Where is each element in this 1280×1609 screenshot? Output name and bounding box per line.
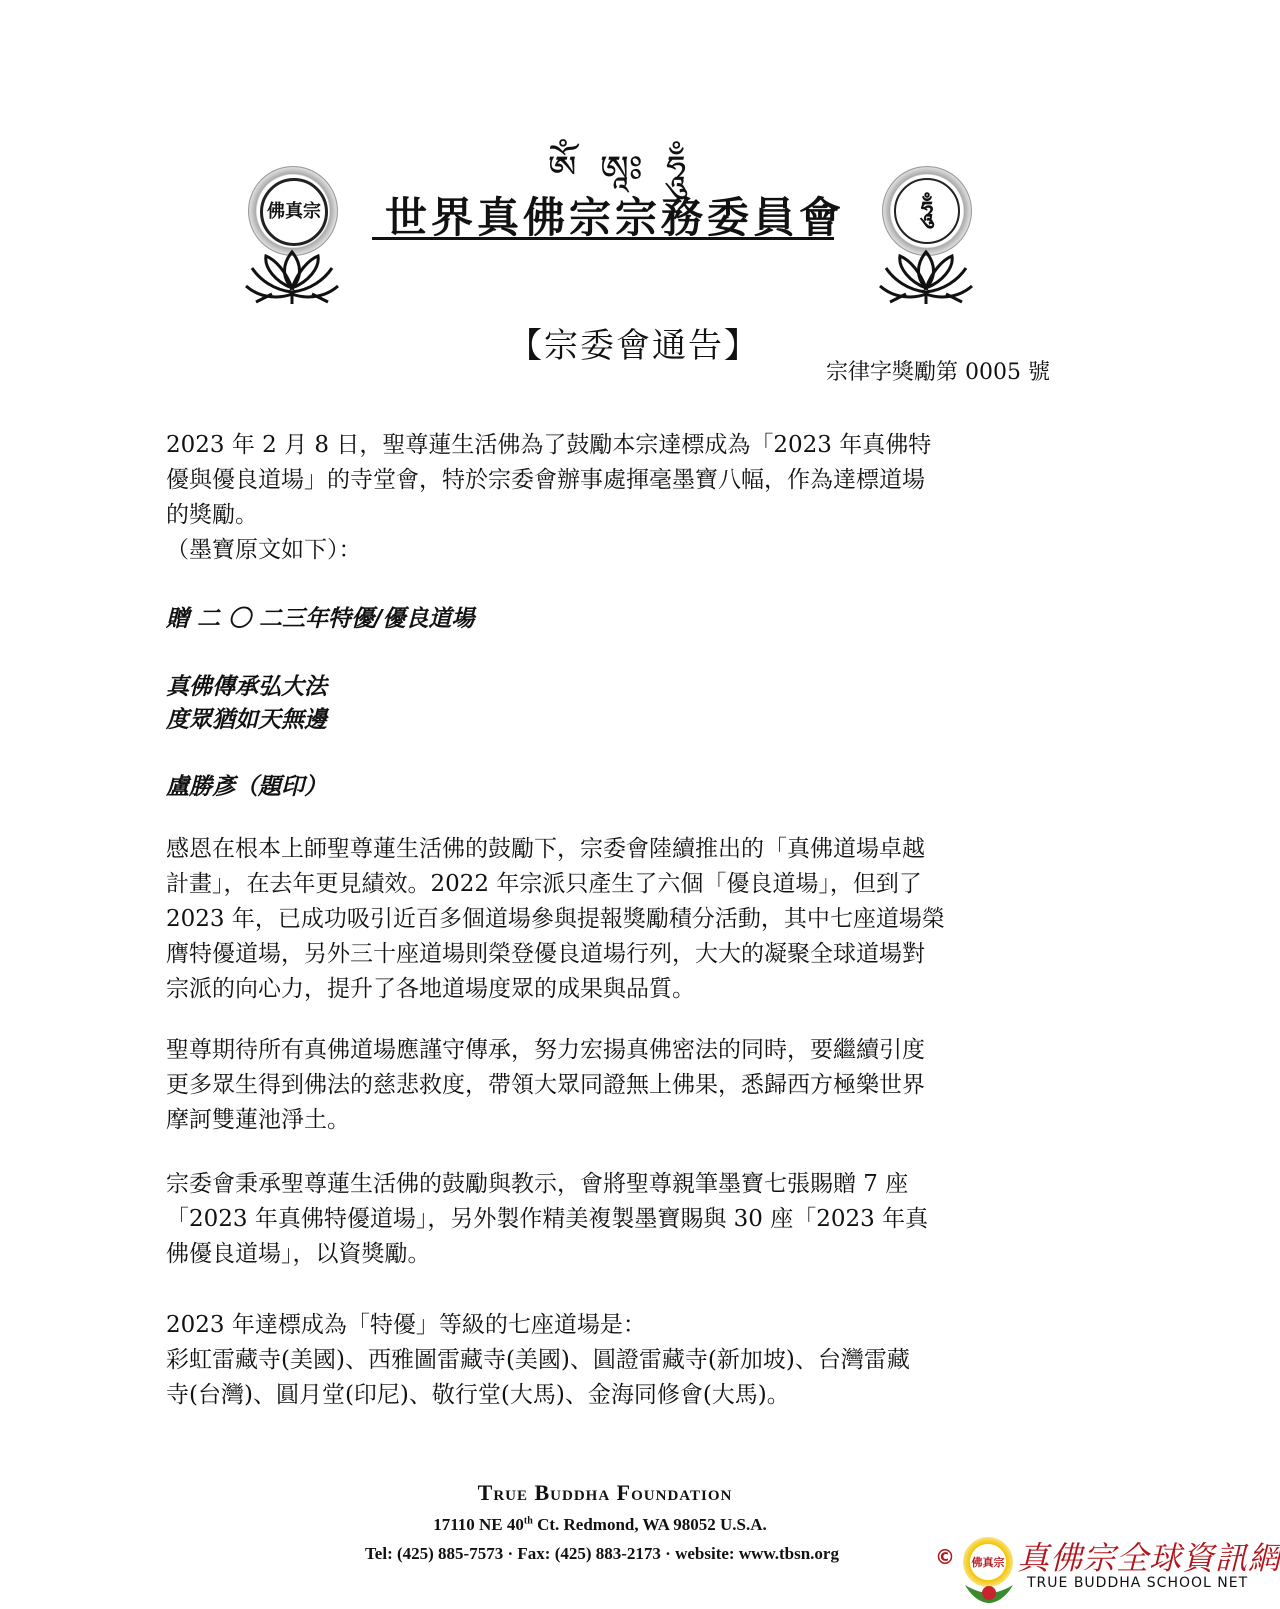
paragraph-temple-list: 2023 年達標成為「特優」等級的七座道場是： 彩虹雷藏寺(美國)、西雅圖雷藏寺… <box>166 1308 1076 1413</box>
emblem-seed-syllable: ཧཱུྃ <box>894 178 960 244</box>
foundation-name: True Buddha Foundation <box>440 1480 770 1506</box>
tbsn-chinese-name: 真佛宗全球資訊網 <box>1017 1533 1280 1579</box>
text-line: 2023 年，已成功吸引近百多個道場參與提報獎勵積分活動，其中七座道場榮 <box>166 902 1076 937</box>
tbsn-watermark: © 佛真宗 真佛宗全球資訊網 TRUE BUDDHA SCHOOL NET <box>935 1535 1280 1609</box>
text-line: 聖尊期待所有真佛道場應謹守傳承，努力宏揚真佛密法的同時，要繼續引度 <box>166 1033 1076 1068</box>
text-line: 寺(台灣)、圓月堂(印尼)、敬行堂(大馬)、金海同修會(大馬)。 <box>166 1378 1076 1413</box>
text-line: 計畫」，在去年更見績效。2022 年宗派只產生了六個「優良道場」，但到了 <box>166 867 1076 902</box>
calligraphy-verse-1: 真佛傳承弘大法 <box>166 670 1076 705</box>
text-line: 「2023 年真佛特優道場」，另外製作精美複製墨寶賜與 30 座「2023 年真 <box>166 1202 1076 1237</box>
title-underline <box>372 237 834 240</box>
text-line: 感恩在根本上師聖尊蓮生活佛的鼓勵下，宗委會陸續推出的「真佛道場卓越 <box>166 832 1076 867</box>
reference-number: 宗律字獎勵第 0005 號 <box>826 355 1050 386</box>
left-emblem-icon: 佛真宗 <box>238 160 348 310</box>
lotus-leaves-icon <box>963 1579 1015 1605</box>
address-prefix: 17110 NE 40 <box>433 1515 524 1534</box>
text-line: 更多眾生得到佛法的慈悲救度，帶領大眾同證無上佛果，悉歸西方極樂世界 <box>166 1068 1076 1103</box>
text-line: （墨寶原文如下）： <box>166 533 1076 568</box>
tbsn-english-name: TRUE BUDDHA SCHOOL NET <box>1027 1575 1248 1591</box>
text-line: 宗派的向心力，提升了各地道場度眾的成果與品質。 <box>166 972 1076 1007</box>
foundation-address: 17110 NE 40th Ct. Redmond, WA 98052 U.S.… <box>380 1515 820 1535</box>
text-line: 彩虹雷藏寺(美國)、西雅圖雷藏寺(美國)、圓證雷藏寺(新加坡)、台灣雷藏 <box>166 1343 1076 1378</box>
calligraphy-dedication: 贈 二 〇 二三年特優/優良道場 <box>166 602 1076 637</box>
right-emblem-icon: ཧཱུྃ <box>872 160 982 310</box>
intro-paragraph: 2023 年 2 月 8 日，聖尊蓮生活佛為了鼓勵本宗達標成為「2023 年真佛… <box>166 428 1076 568</box>
calligraphy-signature: 盧勝彥（題印） <box>166 770 1076 805</box>
text-line: 宗委會秉承聖尊蓮生活佛的鼓勵與教示，會將聖尊親筆墨寶七張賜贈 7 座 <box>166 1167 1076 1202</box>
address-ordinal: th <box>524 1515 533 1526</box>
lotus-icon <box>876 246 976 304</box>
paragraph-awards: 宗委會秉承聖尊蓮生活佛的鼓勵與教示，會將聖尊親筆墨寶七張賜贈 7 座 「2023… <box>166 1167 1076 1272</box>
text-line: 2023 年達標成為「特優」等級的七座道場是： <box>166 1308 1076 1343</box>
lotus-icon <box>242 246 342 304</box>
address-suffix: Ct. Redmond, WA 98052 U.S.A. <box>533 1515 767 1534</box>
text-line: 佛優良道場」，以資獎勵。 <box>166 1237 1076 1272</box>
notice-title: 【宗委會通告】 <box>508 318 760 367</box>
copyright-icon: © <box>935 1545 955 1569</box>
paragraph-achievements: 感恩在根本上師聖尊蓮生活佛的鼓勵下，宗委會陸續推出的「真佛道場卓越 計畫」，在去… <box>166 832 1076 1007</box>
organization-title: 世界真佛宗宗務委員會 <box>380 185 850 245</box>
text-line: 2023 年 2 月 8 日，聖尊蓮生活佛為了鼓勵本宗達標成為「2023 年真佛… <box>166 428 1076 463</box>
text-line: 摩訶雙蓮池淨土。 <box>166 1103 1076 1138</box>
emblem-seal-text: 佛真宗 <box>260 178 328 246</box>
text-line: 優與優良道場」的寺堂會，特於宗委會辦事處揮毫墨寶八幅，作為達標道場 <box>166 463 1076 498</box>
paragraph-expectations: 聖尊期待所有真佛道場應謹守傳承，努力宏揚真佛密法的同時，要繼續引度 更多眾生得到… <box>166 1033 1076 1138</box>
foundation-contact: Tel: (425) 885-7573 · Fax: (425) 883-217… <box>292 1544 912 1564</box>
text-line: 的獎勵。 <box>166 498 1076 533</box>
text-line: 膺特優道場，另外三十座道場則榮登優良道場行列，大大的凝聚全球道場對 <box>166 937 1076 972</box>
calligraphy-verse-2: 度眾猶如天無邊 <box>166 703 1076 738</box>
